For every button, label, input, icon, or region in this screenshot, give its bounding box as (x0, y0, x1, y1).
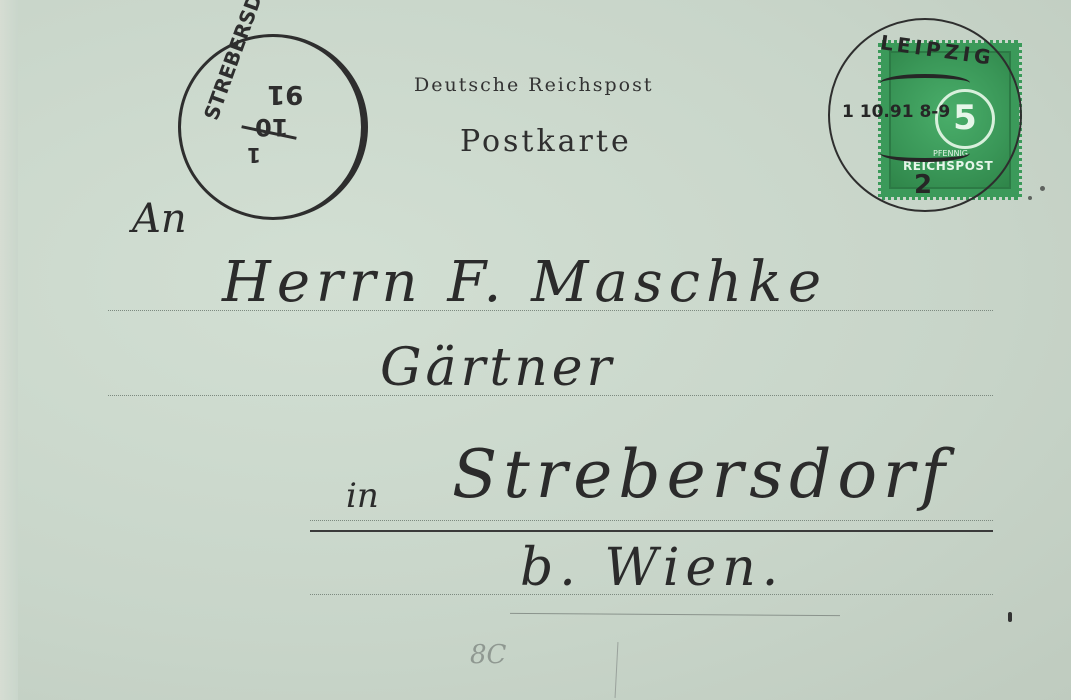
postmark-left: STREBERSDORF 91 10 1 (178, 34, 368, 220)
postmark-right-date: 1 10.91 8-9 (842, 102, 950, 122)
card-edge (0, 0, 18, 700)
postmark-right-place: LEIPZIG (879, 30, 996, 70)
ink-dot (1028, 196, 1032, 200)
ink-mark (1008, 612, 1012, 622)
postmark-right-number: 2 (914, 170, 932, 200)
printed-title: Postkarte (460, 124, 632, 159)
postmark-left-year: 91 (267, 79, 303, 109)
ink-dot (1040, 186, 1045, 191)
address-occupation: Gärtner (380, 338, 615, 398)
postmark-right: LEIPZIG 1 10.91 8-9 2 (828, 18, 1022, 212)
postmark-left-day: 1 (247, 143, 261, 167)
address-salutation: An (132, 196, 187, 242)
address-line-3 (310, 520, 993, 521)
postmark-right-arc-bottom (880, 144, 970, 162)
postcard: Deutsche Reichspost Postkarte STREBERSDO… (0, 0, 1071, 700)
address-region: b. Wien. (520, 538, 784, 598)
pencil-mark (615, 642, 619, 698)
address-town: Strebersdorf (452, 436, 951, 513)
address-recipient: Herrn F. Maschke (222, 250, 827, 315)
pencil-underline (510, 613, 840, 616)
postmark-right-arc-top (880, 74, 970, 92)
pencil-note: 8C (470, 640, 506, 670)
printed-header: Deutsche Reichspost (414, 74, 654, 96)
address-in: in (346, 476, 379, 516)
address-underline (310, 530, 993, 532)
